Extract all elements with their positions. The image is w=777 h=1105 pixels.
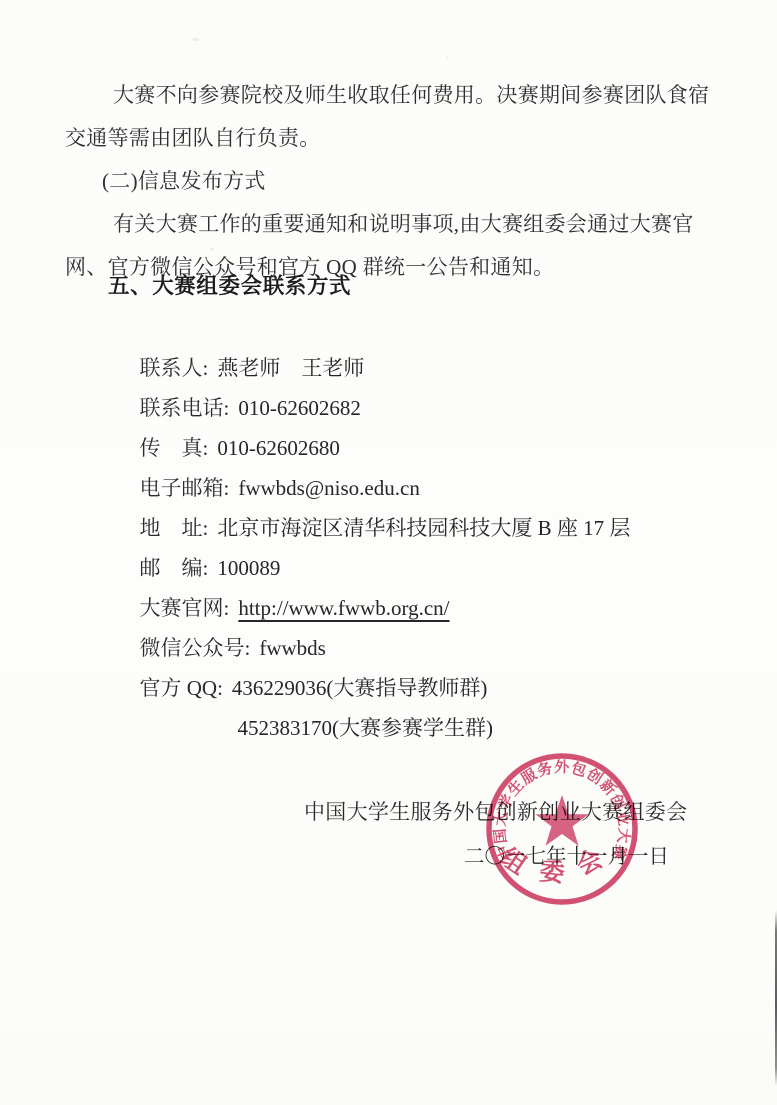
contact-label: 官方 QQ: (140, 676, 223, 700)
contact-value: 452383170(大赛参赛学生群) (238, 716, 494, 740)
star-icon (535, 795, 588, 846)
website-link[interactable]: http://www.fwwb.org.cn/ (238, 596, 449, 620)
scan-speck (192, 38, 199, 41)
contact-label: 邮 编: (140, 556, 209, 580)
contact-label: 联系电话: (140, 396, 230, 420)
contact-label: 微信公众号: (140, 636, 251, 660)
paragraph-line: 有关大赛工作的重要通知和说明事项,由大赛组委会通过大赛官 (65, 203, 715, 246)
subheading: (二)信息发布方式 (65, 160, 715, 203)
contact-value: 北京市海淀区清华科技园科技大厦 B 座 17 层 (217, 516, 630, 540)
section-heading: 五、大赛组委会联系方式 (108, 272, 351, 300)
scanned-document-page: 大赛不向参赛院校及师生收取任何费用。决赛期间参赛团队食宿 交通等需由团队自行负责… (0, 0, 777, 1105)
scan-speck (446, 57, 449, 59)
seal-bottom-char: 委 (538, 857, 566, 887)
contact-label: 地 址: (140, 516, 209, 540)
contact-value: fwwbds (259, 636, 326, 660)
contact-value: 燕老师 王老师 (217, 356, 364, 380)
paragraph-line: 大赛不向参赛院校及师生收取任何费用。决赛期间参赛团队食宿 (65, 74, 715, 117)
contact-value: 100089 (217, 556, 280, 580)
contact-label: 传 真: (140, 436, 209, 460)
contact-label: 电子邮箱: (140, 476, 230, 500)
contact-list: 联系人:燕老师 王老师 联系电话:010-62602682 传 真:010-62… (108, 308, 728, 708)
scan-speck (210, 248, 214, 251)
contact-row-person: 联系人:燕老师 王老师 (108, 308, 728, 348)
contact-label: 大赛官网: (140, 596, 230, 620)
contact-value: 010-62602680 (217, 436, 340, 460)
official-seal: 中国大学生服务外包创新创业大赛 组 委 会 (476, 743, 648, 915)
contact-value: 010-62602682 (238, 396, 361, 420)
paragraph-line: 交通等需由团队自行负责。 (65, 117, 715, 160)
contact-label: 联系人: (140, 356, 209, 380)
body-paragraphs: 大赛不向参赛院校及师生收取任何费用。决赛期间参赛团队食宿 交通等需由团队自行负责… (65, 74, 715, 289)
seal-bottom-char: 会 (572, 844, 607, 881)
contact-value: 436229036(大赛指导教师群) (232, 676, 488, 700)
contact-value: fwwbds@niso.edu.cn (238, 476, 419, 500)
